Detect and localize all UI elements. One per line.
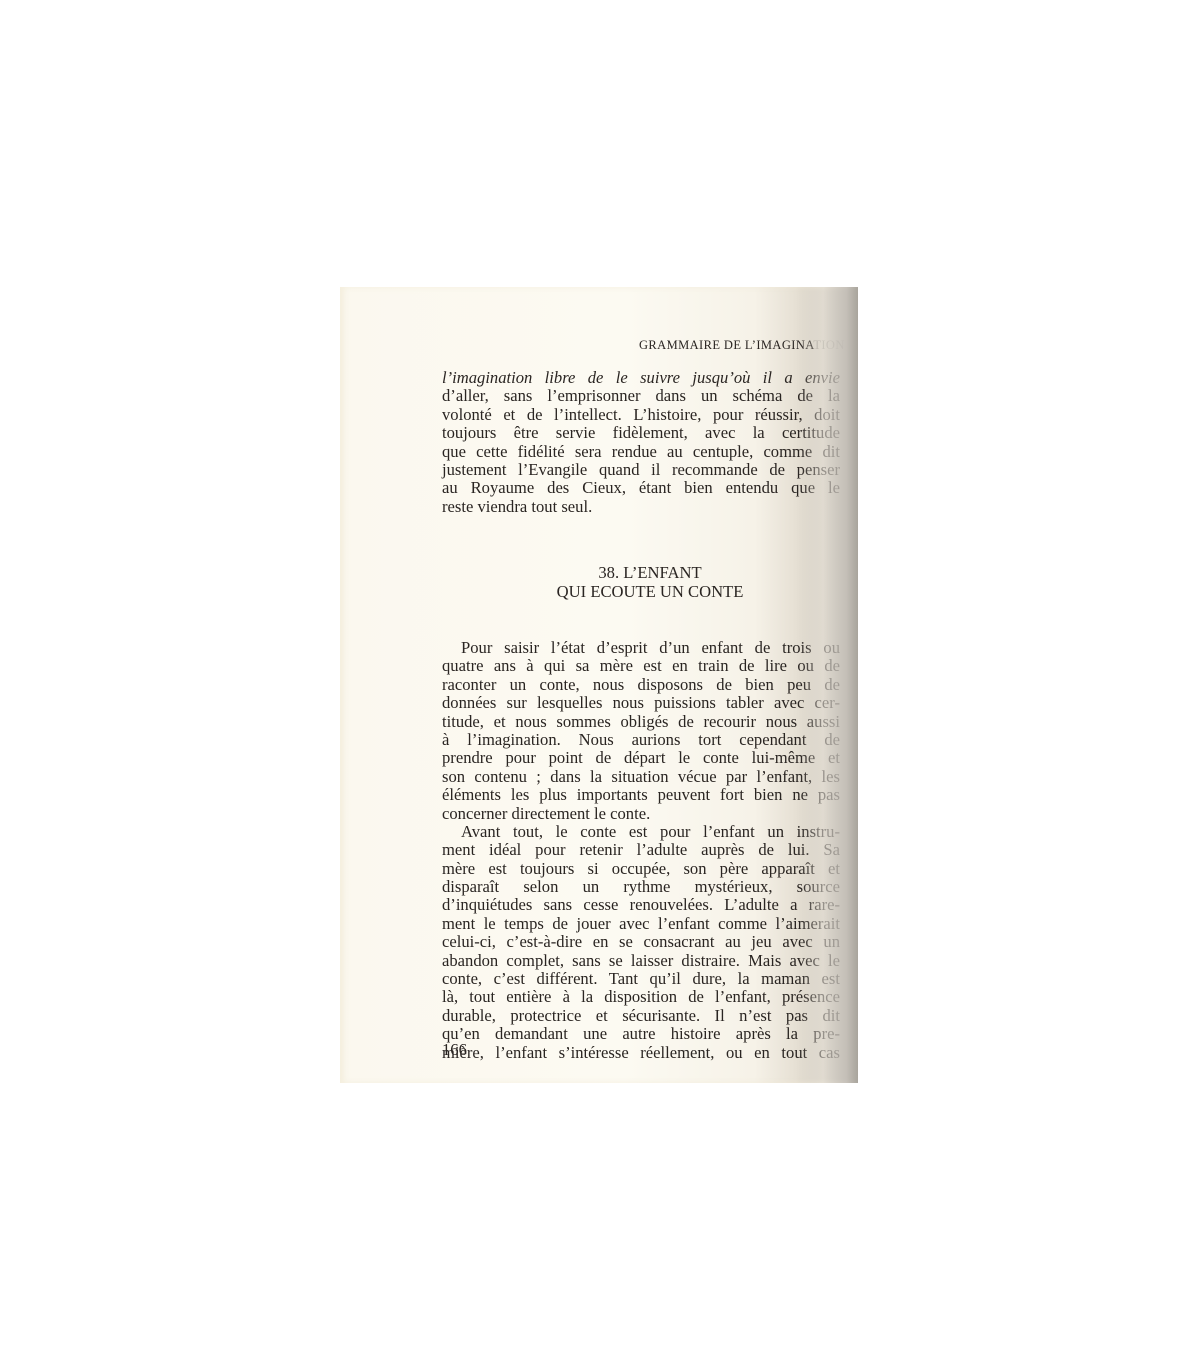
running-head-text: GRAMMAIRE DE L’IMAGINA <box>639 338 813 352</box>
text-line: Pour saisir l’état d’esprit d’un enfant … <box>442 639 840 657</box>
text-line-italic: l’imagination libre de le suivre jusqu’o… <box>442 368 840 387</box>
text-line: l’imagination libre de le suivre jusqu’o… <box>442 369 840 387</box>
section-body: Pour saisir l’état d’esprit d’un enfant … <box>442 639 840 1062</box>
paragraph-continued: l’imagination libre de le suivre jusqu’o… <box>442 369 840 516</box>
text-line: son contenu ; dans la situation vécue pa… <box>442 768 840 786</box>
text-line: mère est toujours si occupée, son père a… <box>442 860 840 878</box>
text-line: durable, protectrice et sécurisante. Il … <box>442 1007 840 1025</box>
page-number: 166 <box>442 1040 467 1060</box>
text-line: justement l’Evangile quand il recommande… <box>442 461 840 479</box>
text-line: qu’en demandant une autre histoire après… <box>442 1025 840 1043</box>
text-line: abandon complet, sans se laisser distrai… <box>442 952 840 970</box>
text-line: à l’imagination. Nous aurions tort cepen… <box>442 731 840 749</box>
text-line: ment idéal pour retenir l’adulte auprès … <box>442 841 840 859</box>
section-heading: 38. L’ENFANT QUI ECOUTE UN CONTE <box>440 564 860 601</box>
section-heading-subtitle: QUI ECOUTE UN CONTE <box>440 583 860 602</box>
text-line: d’inquiétudes sans cesse renouvelées. L’… <box>442 896 840 914</box>
text-line: conte, c’est différent. Tant qu’il dure,… <box>442 970 840 988</box>
text-line: ment le temps de jouer avec l’enfant com… <box>442 915 840 933</box>
text-line: là, tout entière à la disposition de l’e… <box>442 988 840 1006</box>
text-line: toujours être servie fidèlement, avec la… <box>442 424 840 442</box>
text-line: titude, et nous sommes obligés de recour… <box>442 713 840 731</box>
text-line: raconter un conte, nous disposons de bie… <box>442 676 840 694</box>
text-line: celui-ci, c’est-à-dire en se consacrant … <box>442 933 840 951</box>
running-head: GRAMMAIRE DE L’IMAGINATION <box>639 338 845 353</box>
text-line: Avant tout, le conte est pour l’enfant u… <box>442 823 840 841</box>
text-line: disparaît selon un rythme mystérieux, so… <box>442 878 840 896</box>
text-line: quatre ans à qui sa mère est en train de… <box>442 657 840 675</box>
running-head-faded-tail: TION <box>813 338 844 352</box>
text-line: d’aller, sans l’emprisonner dans un sché… <box>442 387 840 405</box>
section-heading-number-title: 38. L’ENFANT <box>440 564 860 583</box>
text-line: concerner directement le conte. <box>442 805 840 823</box>
text-line: au Royaume des Cieux, étant bien entendu… <box>442 479 840 497</box>
text-line: mière, l’enfant s’intéresse réellement, … <box>442 1044 840 1062</box>
text-line: reste viendra tout seul. <box>442 498 840 516</box>
text-line: que cette fidélité sera rendue au centup… <box>442 443 840 461</box>
text-line: volonté et de l’intellect. L’histoire, p… <box>442 406 840 424</box>
text-line: éléments les plus importants peuvent for… <box>442 786 840 804</box>
text-line: données sur lesquelles nous puissions ta… <box>442 694 840 712</box>
text-line: prendre pour point de départ le conte lu… <box>442 749 840 767</box>
